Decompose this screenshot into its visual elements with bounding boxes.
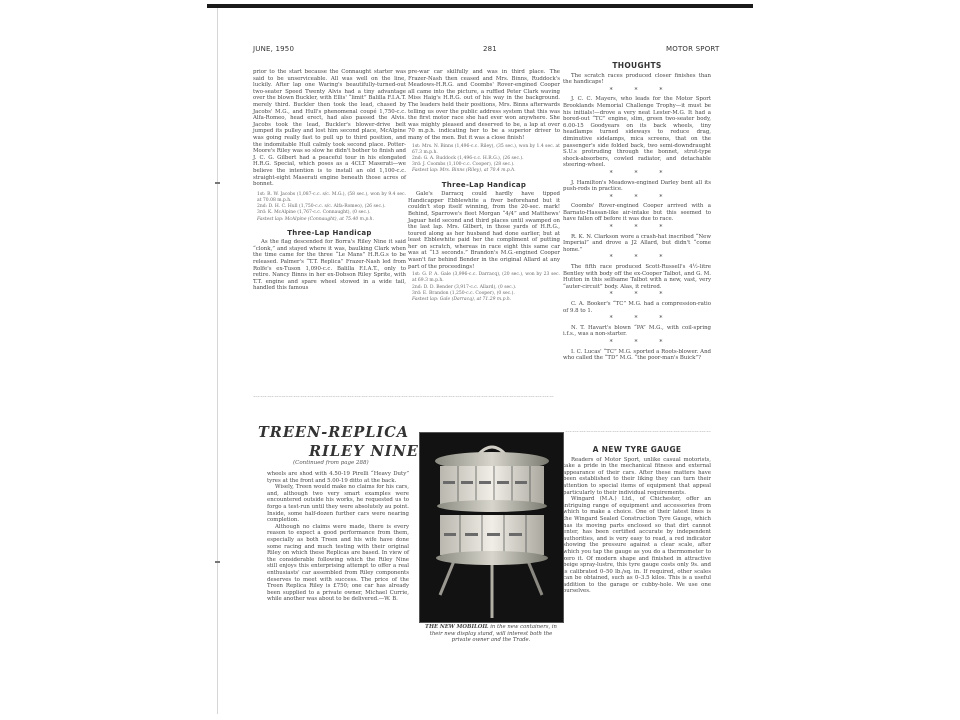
header-page-number: 281 <box>483 45 497 53</box>
thoughts-item: R. K. N. Clarkson wore a crash-hat inscr… <box>563 234 711 254</box>
article-title-line-1: TREEN-REPLICA <box>258 424 409 441</box>
paragraph: Wingard (M.A.) Ltd., of Chichester, offe… <box>563 496 711 595</box>
star-separator: * * * <box>571 255 711 262</box>
tyre-gauge-heading: A NEW TYRE GAUGE <box>563 447 711 454</box>
paragraph: Gale's Darracq could hardly have tipped … <box>408 191 560 270</box>
star-separator: * * * <box>571 195 711 202</box>
header-date: JUNE, 1950 <box>253 45 294 53</box>
paragraph: Readers of Motor Sport, unlike casual mo… <box>563 457 711 497</box>
star-separator: * * * <box>571 340 711 347</box>
thoughts-item: J. C. C. Mayers, who leads for the Motor… <box>563 96 711 169</box>
star-divider: ****************************************… <box>253 396 561 400</box>
star-separator: * * * <box>571 316 711 323</box>
thoughts-item: J. Hamilton's Meadows-engined Darley ben… <box>563 180 711 193</box>
margin-tick <box>215 561 220 563</box>
star-separator: * * * <box>571 88 711 95</box>
star-separator: * * * <box>571 225 711 232</box>
paragraph: pre-war car skilfully and was in third p… <box>408 69 560 142</box>
result-line: 1st: G. P. A. Gale (3,996-c.c. Darracq),… <box>412 272 560 284</box>
fastest-lap: Fastest lap: McAlpine (Connaught), at 75… <box>257 217 406 223</box>
mobiloil-display-photo <box>419 432 564 623</box>
thoughts-item: Coombs' Rover-engined Cooper arrived wit… <box>563 203 711 223</box>
race-results: 1st: G. P. A. Gale (3,996-c.c. Darracq),… <box>408 272 560 303</box>
page-edge-line <box>217 8 218 714</box>
photo-caption: THE NEW MOBILOIL in the new containers, … <box>420 624 562 644</box>
margin-tick <box>215 182 220 184</box>
star-separator: * * * <box>571 292 711 299</box>
column-1: prior to the start because the Connaught… <box>253 69 406 292</box>
column-2: pre-war car skilfully and was in third p… <box>408 69 560 305</box>
thoughts-item: The scratch races produced closer finish… <box>563 73 711 86</box>
tyre-gauge-article: A NEW TYRE GAUGE Readers of Motor Sport,… <box>563 447 711 595</box>
paragraph: As the flag descended for Borra's Riley … <box>253 239 406 292</box>
race-results: 1st: Mrs. N. Binns (1,496-c.c. Riley), (… <box>408 144 560 175</box>
thoughts-item: N. T. Havart's blown “PA” M.G., with coi… <box>563 325 711 338</box>
continued-note: (Continued from page 288) <box>293 460 369 466</box>
star-separator: * * * <box>571 171 711 178</box>
race-results: 1st: R. W. Jacobs (1,087-c.c. s/c. M.G.)… <box>253 192 406 223</box>
paragraph: prior to the start because the Connaught… <box>253 69 406 188</box>
thoughts-heading: THOUGHTS <box>563 63 711 70</box>
treen-article: wheels are shod with 4.50-19 Pirelli “He… <box>267 471 409 603</box>
paragraph: Although no claims were made, there is e… <box>267 524 409 603</box>
header-magazine-title: MOTOR SPORT <box>666 45 719 53</box>
paragraph: wheels are shod with 4.50-19 Pirelli “He… <box>267 471 409 484</box>
result-line: 1st: R. W. Jacobs (1,087-c.c. s/c. M.G.)… <box>257 192 406 204</box>
paragraph: Wisely, Treen would make no claims for h… <box>267 484 409 524</box>
mobiloil-stand-illustration <box>420 433 563 622</box>
thoughts-item: I. C. Lucas' “TC” M.G. sported a Roots-b… <box>563 349 711 362</box>
thoughts-item: The fifth race produced Scott-Russell's … <box>563 264 711 290</box>
thoughts-column: THOUGHTS The scratch races produced clos… <box>563 63 711 362</box>
star-divider: ****************************************… <box>565 431 711 435</box>
caption-lead: THE NEW MOBILOIL <box>425 624 488 630</box>
top-rule <box>207 4 753 8</box>
result-line: 1st: Mrs. N. Binns (1,496-c.c. Riley), (… <box>412 144 560 156</box>
thoughts-item: C. A. Booker's “TC” M.G. had a compressi… <box>563 301 711 314</box>
section-heading: Three-Lap Handicap <box>408 182 560 189</box>
fastest-lap: Fastest lap: Gale (Darracq), at 71.29 m.… <box>412 297 560 303</box>
section-heading: Three-Lap Handicap <box>253 230 406 237</box>
fastest-lap: Fastest lap: Mrs. Binns (Riley), at 70.4… <box>412 168 560 174</box>
